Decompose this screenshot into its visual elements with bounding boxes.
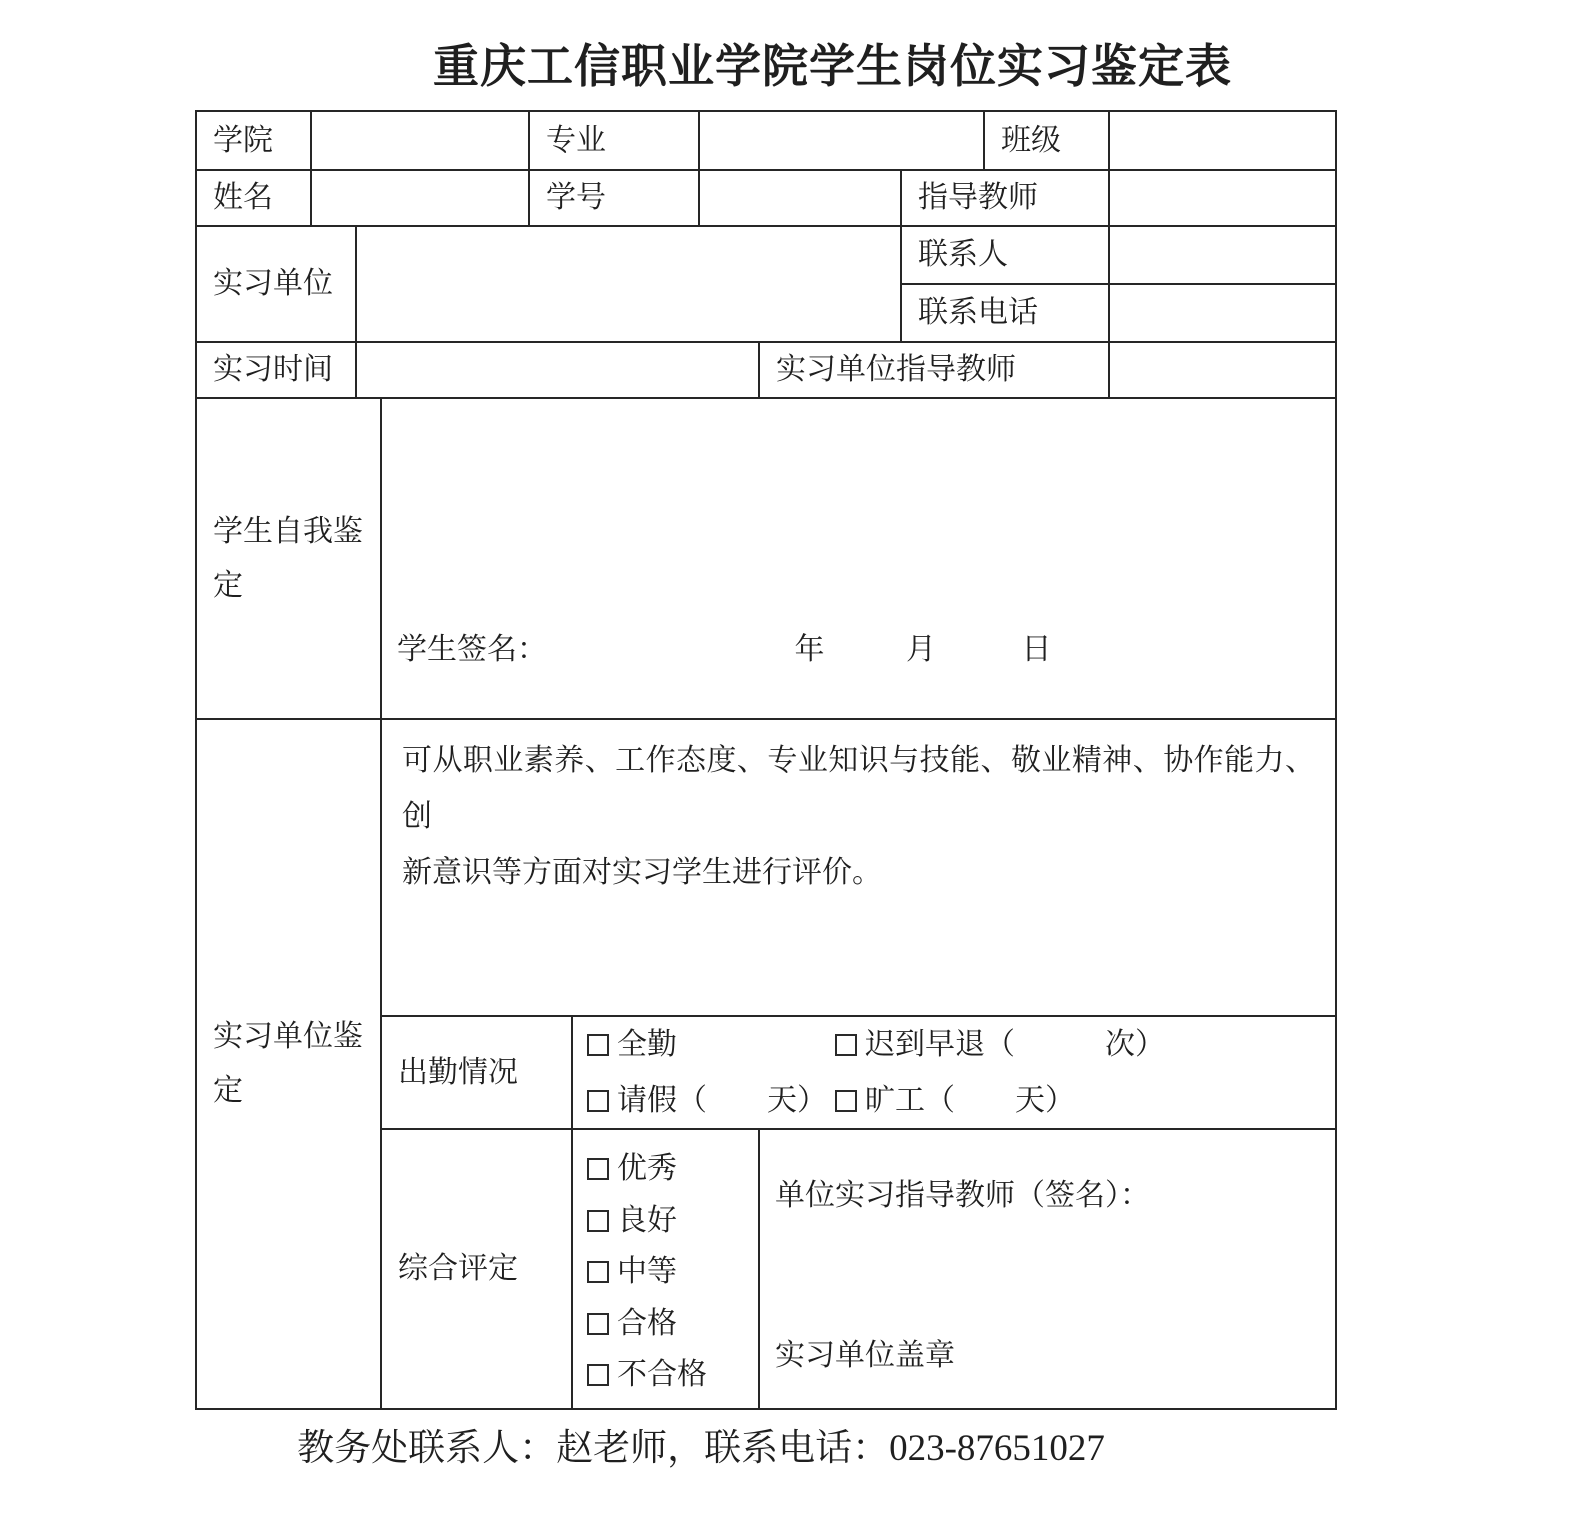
unit-stamp-label: 实习单位盖章 xyxy=(775,1330,1325,1382)
checkbox-icon xyxy=(587,1090,609,1112)
rating-label: 综合评定 xyxy=(382,1130,573,1408)
checkbox-option-excellent: 优秀 xyxy=(587,1144,758,1194)
internship-time-value-cell xyxy=(357,343,760,397)
row-self-evaluation: 学生自我鉴定 学生签名： 年 月 日 xyxy=(197,399,1335,720)
evaluation-note-cell: 可从职业素养、工作态度、专业知识与技能、敬业精神、协作能力、创 新意识等方面对实… xyxy=(382,720,1335,1017)
contact-phone-label: 联系电话 xyxy=(902,285,1110,341)
contact-subtable: 联系人 联系电话 xyxy=(902,227,1335,341)
month-label: 月 xyxy=(906,633,936,666)
contact-person-label: 联系人 xyxy=(902,227,1110,283)
checkbox-option-absent: 旷工（ 天） xyxy=(835,1075,1075,1127)
evaluation-form-table: 学院 专业 班级 姓名 学号 指导教师 实习单位 联系人 联系电话 实 xyxy=(195,110,1337,1410)
option-label: 良好 xyxy=(617,1195,677,1247)
internship-unit-label: 实习单位 xyxy=(197,227,357,341)
rating-options-cell: 优秀 良好 中等 合格 xyxy=(573,1130,760,1408)
row-internship-time: 实习时间 实习单位指导教师 xyxy=(197,343,1335,399)
option-label: 迟到早退（ 次） xyxy=(865,1019,1165,1071)
option-label: 请假（ 天） xyxy=(617,1075,827,1127)
row-name: 姓名 学号 指导教师 xyxy=(197,171,1335,227)
attendance-line-1: 全勤 迟到早退（ 次） xyxy=(587,1019,1335,1071)
class-value-cell xyxy=(1110,112,1335,169)
year-label: 年 xyxy=(795,633,825,666)
unit-advisor-signature-label: 单位实习指导教师（签名）： xyxy=(775,1170,1325,1222)
unit-evaluation-label: 实习单位鉴定 xyxy=(197,720,382,1408)
college-value-cell xyxy=(312,112,530,169)
checkbox-option-late-early: 迟到早退（ 次） xyxy=(835,1019,1165,1071)
self-evaluation-label: 学生自我鉴定 xyxy=(197,399,382,718)
major-value-cell xyxy=(700,112,985,169)
footer-contact: 教务处联系人：赵老师，联系电话：023-87651027 xyxy=(195,1424,1337,1474)
contact-phone-value-cell xyxy=(1110,285,1335,341)
internship-time-label: 实习时间 xyxy=(197,343,357,397)
major-label: 专业 xyxy=(530,112,700,169)
internship-unit-value-cell xyxy=(357,227,902,341)
option-label: 合格 xyxy=(617,1298,677,1350)
unit-evaluation-subtable: 可从职业素养、工作态度、专业知识与技能、敬业精神、协作能力、创 新意识等方面对实… xyxy=(382,720,1335,1408)
student-id-value-cell xyxy=(700,171,902,225)
day-label: 日 xyxy=(1022,633,1052,666)
option-label: 全勤 xyxy=(617,1019,677,1071)
page-title: 重庆工信职业学院学生岗位实习鉴定表 xyxy=(0,38,1587,96)
student-signature-label: 学生签名： xyxy=(397,633,547,666)
option-label: 优秀 xyxy=(617,1143,677,1195)
unit-signature-cell: 单位实习指导教师（签名）： 实习单位盖章 xyxy=(760,1130,1335,1408)
checkbox-option-leave: 请假（ 天） xyxy=(587,1075,835,1127)
row-college: 学院 专业 班级 xyxy=(197,112,1335,171)
advisor-value-cell xyxy=(1110,171,1335,225)
checkbox-option-average: 中等 xyxy=(587,1247,758,1297)
row-unit-evaluation: 实习单位鉴定 可从职业素养、工作态度、专业知识与技能、敬业精神、协作能力、创 新… xyxy=(197,720,1335,1408)
student-id-label: 学号 xyxy=(530,171,700,225)
checkbox-icon xyxy=(835,1034,857,1056)
name-label: 姓名 xyxy=(197,171,312,225)
unit-advisor-value-cell xyxy=(1110,343,1335,397)
option-label: 旷工（ 天） xyxy=(865,1075,1075,1127)
checkbox-option-pass: 合格 xyxy=(587,1299,758,1349)
checkbox-icon xyxy=(587,1210,609,1232)
unit-advisor-label: 实习单位指导教师 xyxy=(760,343,1110,397)
option-label: 不合格 xyxy=(617,1349,707,1401)
evaluation-note-line1: 可从职业素养、工作态度、专业知识与技能、敬业精神、协作能力、创 xyxy=(402,733,1315,845)
attendance-label: 出勤情况 xyxy=(382,1017,573,1128)
attendance-options-cell: 全勤 迟到早退（ 次） 请假（ 天） xyxy=(573,1017,1335,1128)
advisor-label: 指导教师 xyxy=(902,171,1110,225)
row-internship-unit: 实习单位 联系人 联系电话 xyxy=(197,227,1335,343)
contact-phone-row: 联系电话 xyxy=(902,285,1335,341)
evaluation-note-line2: 新意识等方面对实习学生进行评价。 xyxy=(402,845,1315,901)
attendance-line-2: 请假（ 天） 旷工（ 天） xyxy=(587,1075,1335,1127)
contact-person-row: 联系人 xyxy=(902,227,1335,285)
option-label: 中等 xyxy=(617,1246,677,1298)
rating-row: 综合评定 优秀 良好 中等 xyxy=(382,1130,1335,1408)
college-label: 学院 xyxy=(197,112,312,169)
checkbox-icon xyxy=(587,1261,609,1283)
contact-person-value-cell xyxy=(1110,227,1335,283)
checkbox-icon xyxy=(587,1158,609,1180)
checkbox-icon xyxy=(835,1090,857,1112)
checkbox-icon xyxy=(587,1313,609,1335)
self-evaluation-content-cell: 学生签名： 年 月 日 xyxy=(382,399,1335,718)
checkbox-option-good: 良好 xyxy=(587,1196,758,1246)
checkbox-icon xyxy=(587,1034,609,1056)
attendance-row: 出勤情况 全勤 迟到早退（ 次） xyxy=(382,1017,1335,1130)
checkbox-icon xyxy=(587,1364,609,1386)
student-signature-line: 学生签名： 年 月 日 xyxy=(397,624,1335,676)
checkbox-option-full-attendance: 全勤 xyxy=(587,1019,835,1071)
name-value-cell xyxy=(312,171,530,225)
checkbox-option-fail: 不合格 xyxy=(587,1350,758,1400)
class-label: 班级 xyxy=(985,112,1110,169)
document-page: { "title": "重庆工信职业学院学生岗位实习鉴定表", "form": … xyxy=(0,0,1587,1538)
